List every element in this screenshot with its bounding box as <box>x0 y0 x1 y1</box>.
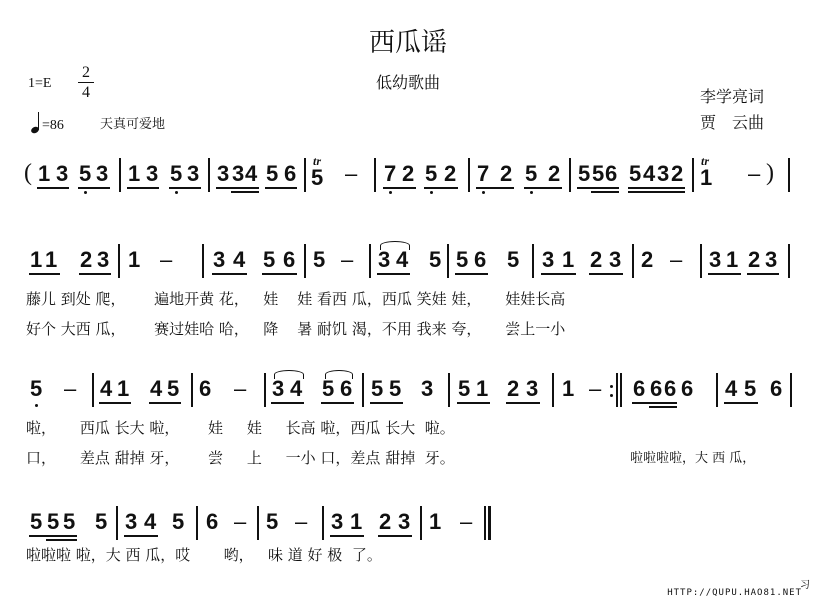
note: 6 <box>770 377 782 401</box>
low-octave-dot <box>84 191 87 194</box>
barline <box>116 506 118 540</box>
note: 2 <box>500 162 512 186</box>
note: 3 <box>657 162 669 186</box>
note: 5 <box>322 377 334 401</box>
beam <box>265 187 297 189</box>
beam <box>149 402 181 404</box>
beam <box>169 187 201 189</box>
note: 1 <box>350 510 362 534</box>
barline <box>196 506 198 540</box>
note: 5 <box>95 510 107 534</box>
tempo-value: =86 <box>42 118 64 134</box>
repeat-dot <box>610 394 613 397</box>
note: 5 <box>79 162 91 186</box>
note: 4 <box>396 248 408 272</box>
note: 2 <box>507 377 519 401</box>
staff-row-4: 5 5 5 5 3 4 5 6 – 5 – 3 1 2 3 1 – 啦啦啦 啦，… <box>0 510 816 570</box>
barline <box>700 244 702 278</box>
note: 1 <box>38 162 50 186</box>
key-signature: 1=E <box>28 76 51 92</box>
note: 3 <box>709 248 721 272</box>
beam <box>577 187 619 189</box>
note: 2 <box>748 248 760 272</box>
low-octave-dot <box>530 191 533 194</box>
beam <box>632 402 677 404</box>
barline <box>322 506 324 540</box>
dash: – <box>64 377 76 401</box>
beam <box>99 402 131 404</box>
beam-16th <box>46 539 77 541</box>
barline <box>264 373 266 407</box>
barline <box>788 244 790 278</box>
dash: – <box>234 377 246 401</box>
note: 1 <box>429 510 441 534</box>
barline <box>569 158 571 192</box>
low-octave-dot <box>482 191 485 194</box>
quarter-note-icon <box>30 112 40 134</box>
dash: – <box>748 162 760 186</box>
beam <box>330 535 364 537</box>
beam <box>370 402 403 404</box>
note: 3 <box>378 248 390 272</box>
barline <box>447 244 449 278</box>
dash: – <box>160 248 172 272</box>
staff-row-3: 5 – 4 1 4 5 6 – 3 4 5 6 5 5 3 5 1 2 3 1 … <box>0 377 816 472</box>
note: 4 <box>233 248 245 272</box>
note: 5 <box>629 162 641 186</box>
tempo-marking: =86 <box>30 112 64 134</box>
barline <box>369 244 371 278</box>
note: 1 <box>30 248 42 272</box>
note: 3 <box>56 162 68 186</box>
note: 6 <box>681 377 693 401</box>
note: 3 <box>146 162 158 186</box>
repeat-dot <box>610 385 613 388</box>
barline <box>448 373 450 407</box>
note: 4 <box>725 377 737 401</box>
barline <box>632 244 634 278</box>
barline <box>202 244 204 278</box>
note: 5 <box>263 248 275 272</box>
barline <box>257 506 259 540</box>
beam-16th <box>591 191 619 193</box>
note: 3 <box>765 248 777 272</box>
time-divider <box>78 82 94 83</box>
note: 5 <box>389 377 401 401</box>
beam <box>216 187 259 189</box>
note: 1 <box>726 248 738 272</box>
beam <box>589 273 623 275</box>
note: 5 <box>425 162 437 186</box>
beam <box>708 273 741 275</box>
low-octave-dot <box>35 404 38 407</box>
note: 6 <box>605 162 617 186</box>
beam <box>476 187 514 189</box>
note: 3 <box>398 510 410 534</box>
expression-marking: 天真可爱地 <box>100 113 165 132</box>
lyrics-verse-2: 口， 差点 甜掉 牙， 尝 上 一小 口，差点 甜掉 牙。 <box>26 447 455 468</box>
note: 3 <box>609 248 621 272</box>
note: 3 <box>526 377 538 401</box>
note: 5 <box>507 248 519 272</box>
note: 1 <box>562 377 574 401</box>
barline <box>716 373 718 407</box>
barline <box>790 373 792 407</box>
beam <box>455 273 488 275</box>
note: 1 <box>700 166 712 190</box>
low-octave-dot <box>430 191 433 194</box>
note: 1 <box>117 377 129 401</box>
note: 5 <box>525 162 537 186</box>
beam <box>321 402 354 404</box>
barline <box>420 506 422 540</box>
final-barline-thin <box>484 506 486 540</box>
barline <box>552 373 554 407</box>
close-parenthesis: ) <box>766 160 774 187</box>
note: 2 <box>379 510 391 534</box>
time-signature: 2 4 <box>78 64 94 101</box>
note: 1 <box>476 377 488 401</box>
note: 1 <box>45 248 57 272</box>
note: 7 <box>384 162 396 186</box>
note: 5 <box>313 248 325 272</box>
note: 5 <box>63 510 75 534</box>
note: 2 <box>641 248 653 272</box>
note: 5 <box>578 162 590 186</box>
credits: 李学亮词 贾 云曲 <box>700 84 764 136</box>
note: 5 <box>172 510 184 534</box>
note: 1 <box>562 248 574 272</box>
note: 6 <box>633 377 645 401</box>
note: 1 <box>128 162 140 186</box>
note: 4 <box>290 377 302 401</box>
note: 2 <box>548 162 560 186</box>
dash: – <box>295 510 307 534</box>
open-parenthesis: ( <box>24 160 32 187</box>
low-octave-dot <box>175 191 178 194</box>
lyrics-verse-1: 啦啦啦 啦，大 西 瓜，哎 哟， 味 道 好 极 了。 <box>26 544 382 565</box>
barline <box>692 158 694 192</box>
final-barline-thick <box>488 506 491 540</box>
dash: – <box>234 510 246 534</box>
lyrics-verse-2: 好个 大西 瓜， 赛过娃哈 哈， 降 暑 耐饥 渴，不用 我来 夸， 尝上一小 <box>26 318 565 339</box>
beam <box>383 187 416 189</box>
beam <box>124 535 158 537</box>
note: 3 <box>217 162 229 186</box>
note: 5 <box>456 248 468 272</box>
note: 6 <box>283 248 295 272</box>
beam <box>424 187 458 189</box>
beam <box>724 402 758 404</box>
time-denominator: 4 <box>78 84 94 101</box>
beam <box>506 402 540 404</box>
note: 5 <box>170 162 182 186</box>
dash: – <box>341 248 353 272</box>
note: 3 <box>272 377 284 401</box>
dash: – <box>460 510 472 534</box>
note: 6 <box>284 162 296 186</box>
song-genre: 低幼歌曲 <box>0 70 816 93</box>
note: 5 <box>592 162 604 186</box>
dash: – <box>345 162 357 186</box>
note: 3 <box>232 162 244 186</box>
note: 6 <box>664 377 676 401</box>
lyrics-verse-1: 啦， 西瓜 长大 啦， 娃 娃 长高 啦，西瓜 长大 啦。 <box>26 417 455 438</box>
note: 2 <box>671 162 683 186</box>
low-octave-dot <box>389 191 392 194</box>
dash: – <box>589 377 601 401</box>
note: 5 <box>47 510 59 534</box>
note: 3 <box>125 510 137 534</box>
note: 6 <box>340 377 352 401</box>
note: 6 <box>206 510 218 534</box>
beam <box>212 273 247 275</box>
beam <box>524 187 562 189</box>
time-numerator: 2 <box>78 64 94 81</box>
composer: 贾 云曲 <box>700 110 764 136</box>
note: 3 <box>187 162 199 186</box>
beam <box>262 273 297 275</box>
lyrics-verse-1: 藤儿 到处 爬， 遍地开黄 花， 娃 娃 看西 瓜，西瓜 笑娃 娃， 娃娃长高 <box>26 288 565 309</box>
staff-row-1: ( 1 3 5 3 1 3 5 3 3 3 4 5 6 tr 5 – 7 2 5… <box>0 162 816 202</box>
note: 3 <box>213 248 225 272</box>
note: 5 <box>311 166 323 190</box>
beam <box>377 273 410 275</box>
note: 7 <box>477 162 489 186</box>
note: 3 <box>421 377 433 401</box>
barline <box>532 244 534 278</box>
note: 3 <box>96 162 108 186</box>
note: 6 <box>474 248 486 272</box>
watermark-url: HTTP://QUPU.HAO81.NET <box>667 588 802 598</box>
note: 5 <box>371 377 383 401</box>
beam <box>29 273 60 275</box>
beam <box>747 273 779 275</box>
barline <box>304 244 306 278</box>
beam <box>29 535 77 537</box>
beam <box>628 187 685 189</box>
note: 4 <box>150 377 162 401</box>
note: 5 <box>429 248 441 272</box>
note: 1 <box>128 248 140 272</box>
beam <box>271 402 304 404</box>
barline <box>468 158 470 192</box>
beam-16th <box>649 406 677 408</box>
beam <box>541 273 576 275</box>
barline <box>191 373 193 407</box>
beam <box>457 402 490 404</box>
note: 3 <box>97 248 109 272</box>
note: 3 <box>331 510 343 534</box>
note: 5 <box>266 510 278 534</box>
note: 4 <box>100 377 112 401</box>
note: 5 <box>30 377 42 401</box>
note: 3 <box>542 248 554 272</box>
note: 2 <box>402 162 414 186</box>
repeat-barline <box>620 373 622 407</box>
beam-16th <box>628 191 685 193</box>
note: 6 <box>199 377 211 401</box>
barline <box>208 158 210 192</box>
note: 2 <box>444 162 456 186</box>
barline <box>362 373 364 407</box>
note: 2 <box>590 248 602 272</box>
staff-row-2: 1 1 2 3 1 – 3 4 5 6 5 – 3 4 5 5 6 5 3 1 … <box>0 248 816 343</box>
beam <box>78 187 110 189</box>
dash: – <box>670 248 682 272</box>
note: 4 <box>245 162 257 186</box>
beam <box>378 535 412 537</box>
note: 5 <box>266 162 278 186</box>
note: 5 <box>167 377 179 401</box>
beam-16th <box>231 191 259 193</box>
beam <box>127 187 159 189</box>
barline <box>92 373 94 407</box>
note: 6 <box>650 377 662 401</box>
song-title: 西瓜谣 <box>0 22 816 59</box>
note: 4 <box>144 510 156 534</box>
barline <box>788 158 790 192</box>
repeat-barline-thick <box>616 373 618 407</box>
note: 5 <box>30 510 42 534</box>
barline <box>374 158 376 192</box>
barline <box>118 244 120 278</box>
barline <box>119 158 121 192</box>
beam <box>37 187 69 189</box>
note: 5 <box>744 377 756 401</box>
beam <box>79 273 111 275</box>
lyrics-verse-2-refrain: 啦啦啦啦，大 西 瓜， <box>630 447 755 466</box>
barline <box>304 158 306 192</box>
note: 4 <box>643 162 655 186</box>
note: 5 <box>458 377 470 401</box>
lyricist: 李学亮词 <box>700 84 764 110</box>
note: 2 <box>80 248 92 272</box>
